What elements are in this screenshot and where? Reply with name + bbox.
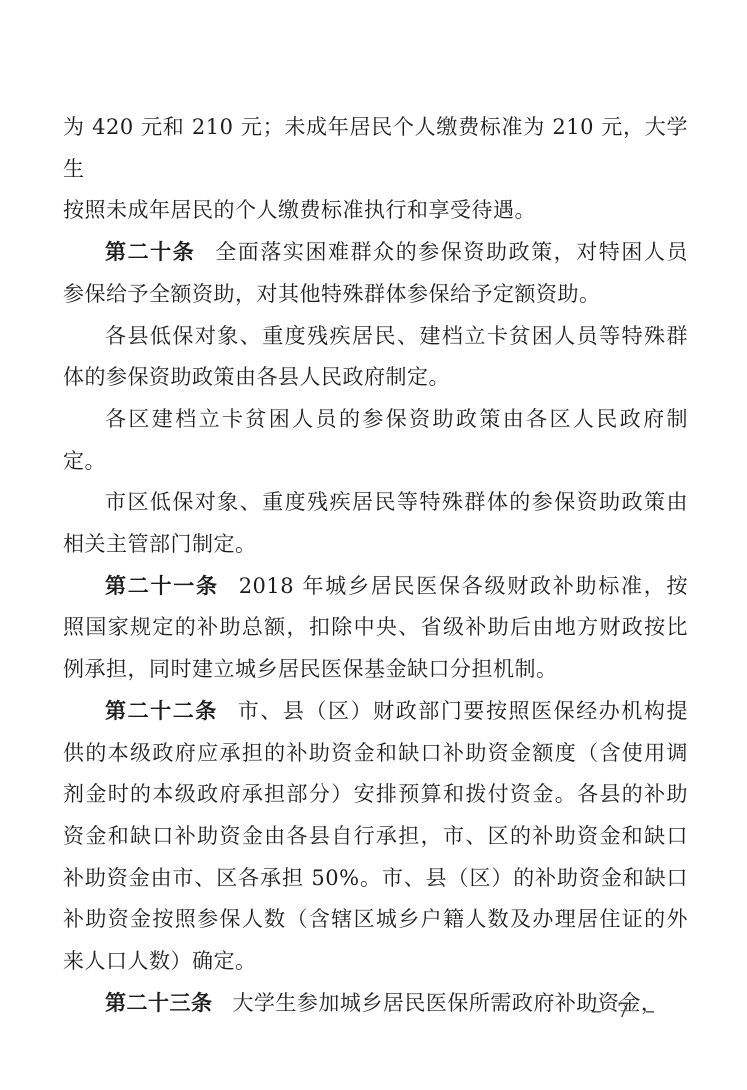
page-number: – 7 – xyxy=(592,999,655,1021)
article-number: 第二十条 xyxy=(105,240,195,264)
article-text: 2018 年城乡居民医保各级财政补助标准，按 xyxy=(239,574,688,598)
document-page: 为 420 元和 210 元；未成年居民个人缴费标准为 210 元，大学生 按照… xyxy=(0,0,747,1090)
article-number: 第二十一条 xyxy=(105,574,219,598)
doc-line-article-22: 第二十二条市、县（区）财政部门要按照医保经办机构提 xyxy=(63,691,688,733)
doc-line: 相关主管部门制定。 xyxy=(63,524,688,566)
article-number: 第二十三条 xyxy=(105,991,213,1015)
doc-line: 剂金时的本级政府承担部分）安排预算和拨付资金。各县的补助 xyxy=(63,774,688,816)
doc-line: 体的参保资助政策由各县人民政府制定。 xyxy=(63,357,688,399)
article-text: 市、县（区）财政部门要按照医保经办机构提 xyxy=(238,699,688,723)
doc-line: 定。 xyxy=(63,441,688,483)
doc-line-article-21: 第二十一条2018 年城乡居民医保各级财政补助标准，按 xyxy=(63,566,688,608)
doc-line: 按照未成年居民的个人缴费标准执行和享受待遇。 xyxy=(63,190,688,232)
doc-line: 照国家规定的补助总额，扣除中央、省级补助后由地方财政按比 xyxy=(63,607,688,649)
doc-line: 补助资金由市、区各承担 50%。市、县（区）的补助资金和缺口 xyxy=(63,858,688,900)
doc-line-article-20: 第二十条全面落实困难群众的参保资助政策，对特困人员 xyxy=(63,232,688,274)
page-body: 为 420 元和 210 元；未成年居民个人缴费标准为 210 元，大学生 按照… xyxy=(63,107,688,1024)
article-number: 第二十二条 xyxy=(105,699,218,723)
article-text: 全面落实困难群众的参保资助政策，对特困人员 xyxy=(215,240,688,264)
doc-line: 供的本级政府应承担的补助资金和缺口补助资金额度（含使用调 xyxy=(63,733,688,775)
doc-line: 来人口人数）确定。 xyxy=(63,941,688,983)
doc-line: 补助资金按照参保人数（含辖区城乡户籍人数及办理居住证的外 xyxy=(63,899,688,941)
doc-line: 参保给予全额资助，对其他特殊群体参保给予定额资助。 xyxy=(63,274,688,316)
doc-line: 为 420 元和 210 元；未成年居民个人缴费标准为 210 元，大学生 xyxy=(63,107,688,190)
doc-line: 资金和缺口补助资金由各县自行承担，市、区的补助资金和缺口 xyxy=(63,816,688,858)
doc-line: 例承担，同时建立城乡居民医保基金缺口分担机制。 xyxy=(63,649,688,691)
doc-line: 市区低保对象、重度残疾居民等特殊群体的参保资助政策由 xyxy=(63,482,688,524)
doc-line: 各区建档立卡贫困人员的参保资助政策由各区人民政府制 xyxy=(63,399,688,441)
doc-line: 各县低保对象、重度残疾居民、建档立卡贫困人员等特殊群 xyxy=(63,316,688,358)
